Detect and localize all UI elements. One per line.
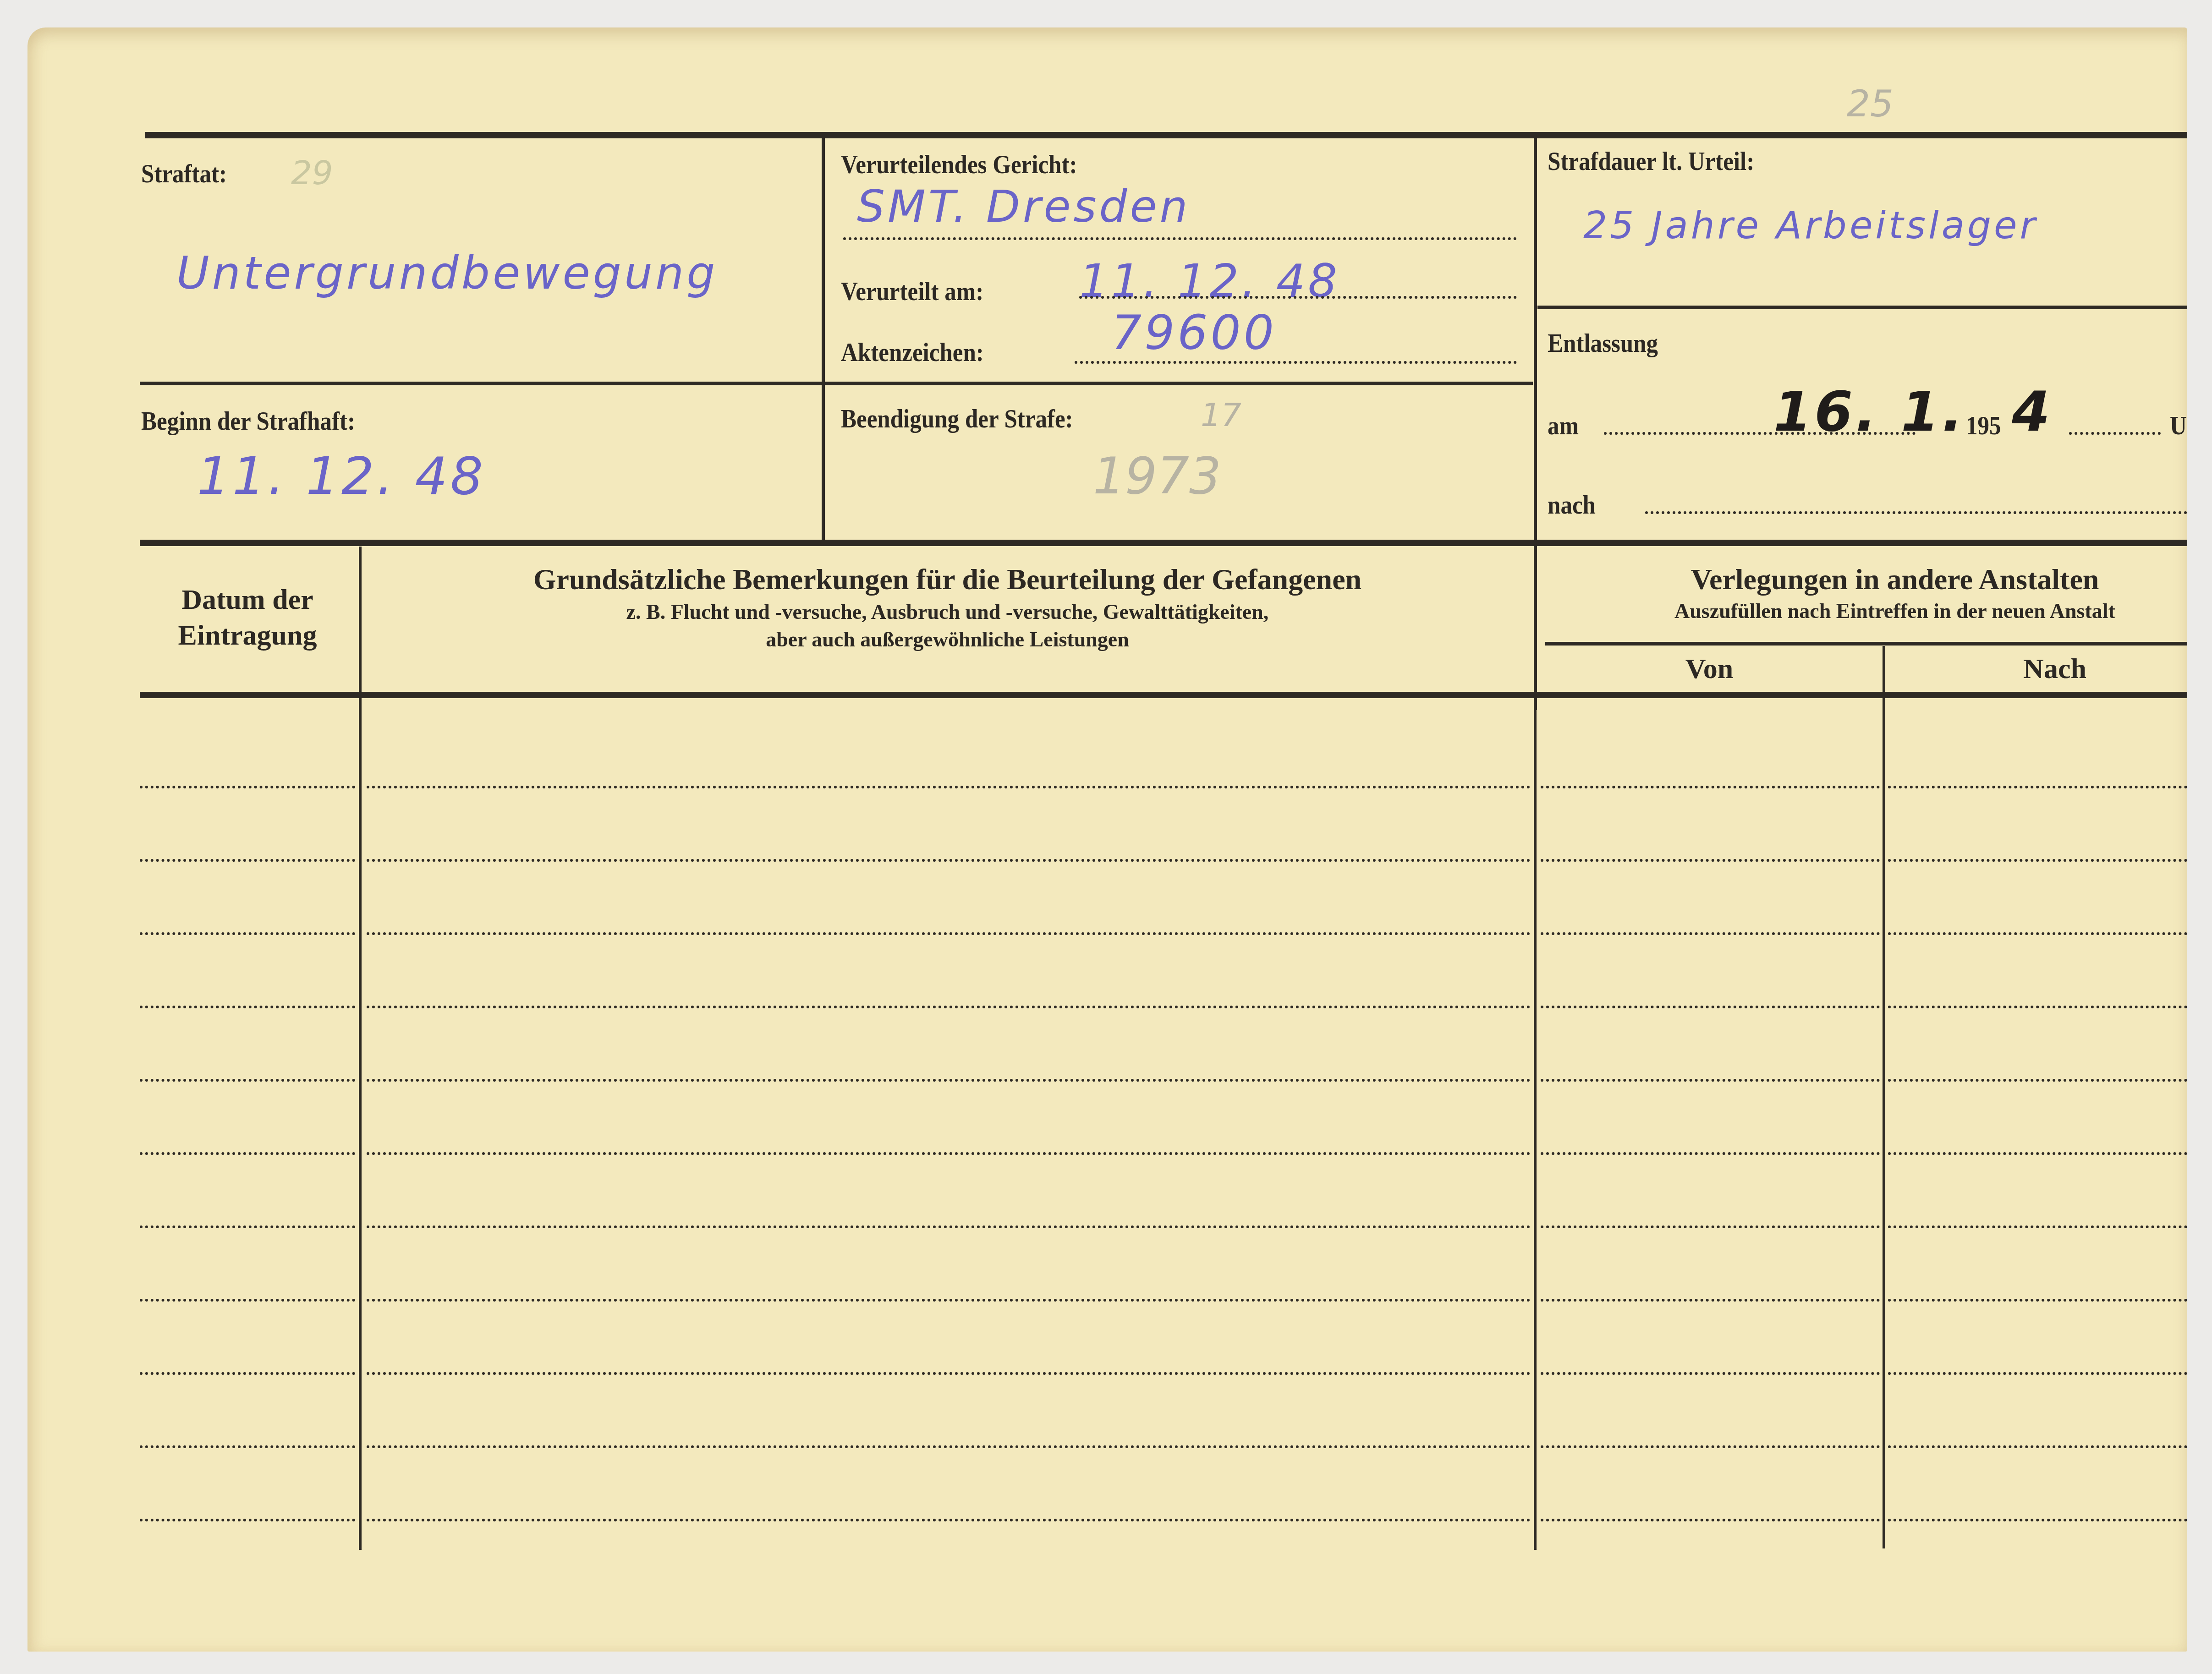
row-to-cell[interactable] <box>1888 932 2187 935</box>
offense-value: Untergrundbewegung <box>176 247 718 300</box>
column-header-date-line1: Datum der <box>140 582 355 618</box>
row-from-cell[interactable] <box>1541 1152 1880 1155</box>
row-from-cell[interactable] <box>1541 1079 1880 1082</box>
sentenced-on-value: 11. 12. 48 <box>1079 254 1340 308</box>
row-to-cell[interactable] <box>1888 859 2187 862</box>
file-number-label: Aktenzeichen: <box>841 337 984 367</box>
transfers-subtitle: Auszufüllen nach Eintreffen in der neuen… <box>1537 598 2212 624</box>
row-remarks-cell[interactable] <box>367 859 1531 862</box>
column-header-to: Nach <box>1885 653 2212 685</box>
row-to-cell[interactable] <box>1888 1006 2187 1008</box>
row-remarks-cell[interactable] <box>367 1299 1531 1302</box>
row-date-cell[interactable] <box>140 1519 355 1521</box>
row-date-cell[interactable] <box>140 1079 355 1082</box>
row-date-cell[interactable] <box>140 1006 355 1008</box>
court-value-line <box>843 237 1517 240</box>
row-to-cell[interactable] <box>1888 786 2187 788</box>
column-header-remarks: Grundsätzliche Bemerkungen für die Beurt… <box>362 561 1533 653</box>
sentenced-on-label: Verurteilt am: <box>841 276 983 306</box>
row-remarks-cell[interactable] <box>367 932 1531 935</box>
row-from-cell[interactable] <box>1541 932 1880 935</box>
row-to-cell[interactable] <box>1888 1372 2187 1375</box>
row-to-cell[interactable] <box>1888 1079 2187 1082</box>
column-header-date: Datum der Eintragung <box>140 582 355 653</box>
release-to-label: nach <box>1548 489 1596 520</box>
row-date-cell[interactable] <box>140 859 355 862</box>
sentence-label: Strafdauer lt. Urteil: <box>1548 146 1754 176</box>
column-header-transfers: Verlegungen in andere Anstalten Auszufül… <box>1537 561 2212 624</box>
row-to-cell[interactable] <box>1888 1225 2187 1228</box>
sentenced-on-line <box>1079 296 1517 299</box>
row-from-cell[interactable] <box>1541 1372 1880 1375</box>
top-border-line <box>145 132 2187 138</box>
sentence-end-pencil-top: 17 <box>1201 396 1241 434</box>
row-remarks-cell[interactable] <box>367 1445 1531 1448</box>
column-header-date-line2: Eintragung <box>140 618 355 653</box>
row-remarks-cell[interactable] <box>367 1006 1531 1008</box>
table-divider-from-to <box>1883 646 1885 1548</box>
row-to-cell[interactable] <box>1888 1445 2187 1448</box>
row-date-cell[interactable] <box>140 1225 355 1228</box>
row-remarks-cell[interactable] <box>367 786 1531 788</box>
court-value: SMT. Dresden <box>857 181 1190 232</box>
release-year-line <box>2069 432 2161 435</box>
row-date-cell[interactable] <box>140 1152 355 1155</box>
transfers-sub-line <box>1545 642 2187 646</box>
row-from-cell[interactable] <box>1541 1006 1880 1008</box>
column-header-from: Von <box>1537 653 1881 685</box>
sentence-end-label: Beendigung der Strafe: <box>841 403 1073 434</box>
row-from-cell[interactable] <box>1541 1225 1880 1228</box>
row-remarks-cell[interactable] <box>367 1372 1531 1375</box>
sentence-end-pencil-note: 1973 <box>1093 447 1221 505</box>
release-year-suffix: 4 <box>2012 380 2053 444</box>
custody-start-value: 11. 12. 48 <box>197 447 486 506</box>
row-date-cell[interactable] <box>140 786 355 788</box>
row-from-cell[interactable] <box>1541 1519 1880 1521</box>
row-date-cell[interactable] <box>140 1372 355 1375</box>
custody-start-label: Beginn der Strafhaft: <box>141 405 355 436</box>
file-number-line <box>1075 361 1517 364</box>
remarks-subtitle-2: aber auch außergewöhnliche Leistungen <box>362 626 1533 653</box>
transfers-title: Verlegungen in andere Anstalten <box>1537 561 2212 598</box>
row-remarks-cell[interactable] <box>367 1519 1531 1521</box>
row-date-cell[interactable] <box>140 1299 355 1302</box>
row-to-cell[interactable] <box>1888 1152 2187 1155</box>
table-top-line <box>140 540 2187 546</box>
release-to-line[interactable] <box>1645 511 2187 514</box>
row-remarks-cell[interactable] <box>367 1225 1531 1228</box>
sentence-value: 25 Jahre Arbeitslager <box>1583 204 2038 247</box>
remarks-title: Grundsätzliche Bemerkungen für die Beurt… <box>362 561 1533 598</box>
row-remarks-cell[interactable] <box>367 1079 1531 1082</box>
release-trailing-text: U <box>2170 410 2187 441</box>
row-remarks-cell[interactable] <box>367 1152 1531 1155</box>
divider-offense-court <box>822 137 825 541</box>
table-header-bottom-line <box>140 692 2187 698</box>
file-number-value: 79600 <box>1111 305 1277 361</box>
row-to-cell[interactable] <box>1888 1519 2187 1521</box>
release-on-label: am <box>1548 410 1579 441</box>
row-date-cell[interactable] <box>140 932 355 935</box>
release-year-prefix: 195 <box>1966 410 2001 441</box>
court-label: Verurteilendes Gericht: <box>841 149 1077 180</box>
row-date-cell[interactable] <box>140 1445 355 1448</box>
offense-pencil-note: 29 <box>291 153 333 192</box>
row-from-cell[interactable] <box>1541 1299 1880 1302</box>
page-number-pencil: 25 <box>1847 82 1894 125</box>
mid-line-right <box>1537 306 2187 309</box>
remarks-subtitle-1: z. B. Flucht und -versuche, Ausbruch und… <box>362 598 1533 626</box>
row-from-cell[interactable] <box>1541 786 1880 788</box>
release-label: Entlassung <box>1548 328 1658 358</box>
release-on-value: 16. 1. <box>1773 380 1965 444</box>
row-from-cell[interactable] <box>1541 859 1880 862</box>
offense-label: Straftat: <box>141 158 227 189</box>
row-from-cell[interactable] <box>1541 1445 1880 1448</box>
mid-line-left <box>140 382 1533 385</box>
row-to-cell[interactable] <box>1888 1299 2187 1302</box>
